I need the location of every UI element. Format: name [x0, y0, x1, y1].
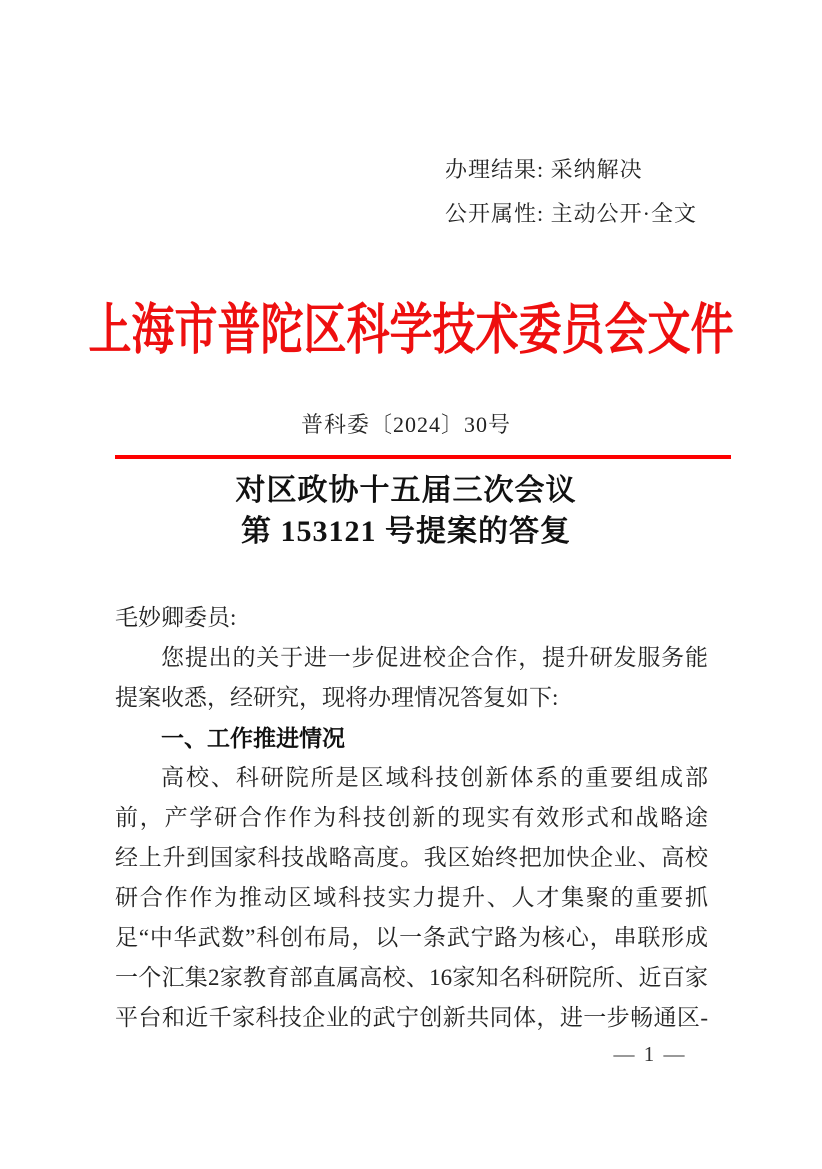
document-title-line2: 第 153121 号提案的答复	[0, 511, 812, 552]
document-number: 普科委〔2024〕30号	[0, 408, 812, 439]
disclosure-line: 公开属性: 主动公开·全文	[445, 192, 697, 236]
meta-block: 办理结果: 采纳解决 公开属性: 主动公开·全文	[445, 148, 697, 236]
body-line: 研合作作为推动区域科技实力提升、人才集聚的重要抓手，立	[115, 878, 708, 918]
document-title-line1: 对区政协十五届三次会议	[0, 470, 812, 511]
section-heading: 一、工作推进情况	[115, 718, 708, 758]
body-text: 毛妙卿委员: 您提出的关于进一步促进校企合作，提升研发服务能级的 提案收悉，经研…	[115, 598, 708, 1038]
body-line: 足“中华武数”科创布局，以一条武宁路为核心，串联形成了	[115, 918, 708, 958]
body-line: 提案收悉，经研究，现将办理情况答复如下:	[115, 678, 708, 718]
red-separator-rule	[115, 455, 731, 459]
body-line: 高校、科研院所是区域科技创新体系的重要组成部分。当	[115, 758, 708, 798]
red-header-banner: 上海市普陀区科学技术委员会文件	[0, 287, 822, 365]
body-line: 您提出的关于进一步促进校企合作，提升研发服务能级的	[115, 638, 708, 678]
document-page: 办理结果: 采纳解决 公开属性: 主动公开·全文 上海市普陀区科学技术委员会文件…	[0, 0, 822, 1169]
body-line: 一个汇集2家教育部直属高校、16家知名科研院所、近百家科创	[115, 958, 708, 998]
body-line: 前，产学研合作作为科技创新的现实有效形式和战略途径，已	[115, 798, 708, 838]
body-line: 经上升到国家科技战略高度。我区始终把加快企业、高校产学	[115, 838, 708, 878]
body-line: 平台和近千家科技企业的武宁创新共同体，进一步畅通区-校-	[115, 998, 708, 1038]
page-number: — 1 —	[560, 1042, 740, 1067]
document-title: 对区政协十五届三次会议 第 153121 号提案的答复	[0, 470, 812, 552]
handling-result-line: 办理结果: 采纳解决	[445, 148, 697, 192]
salutation-line: 毛妙卿委员:	[115, 598, 708, 638]
